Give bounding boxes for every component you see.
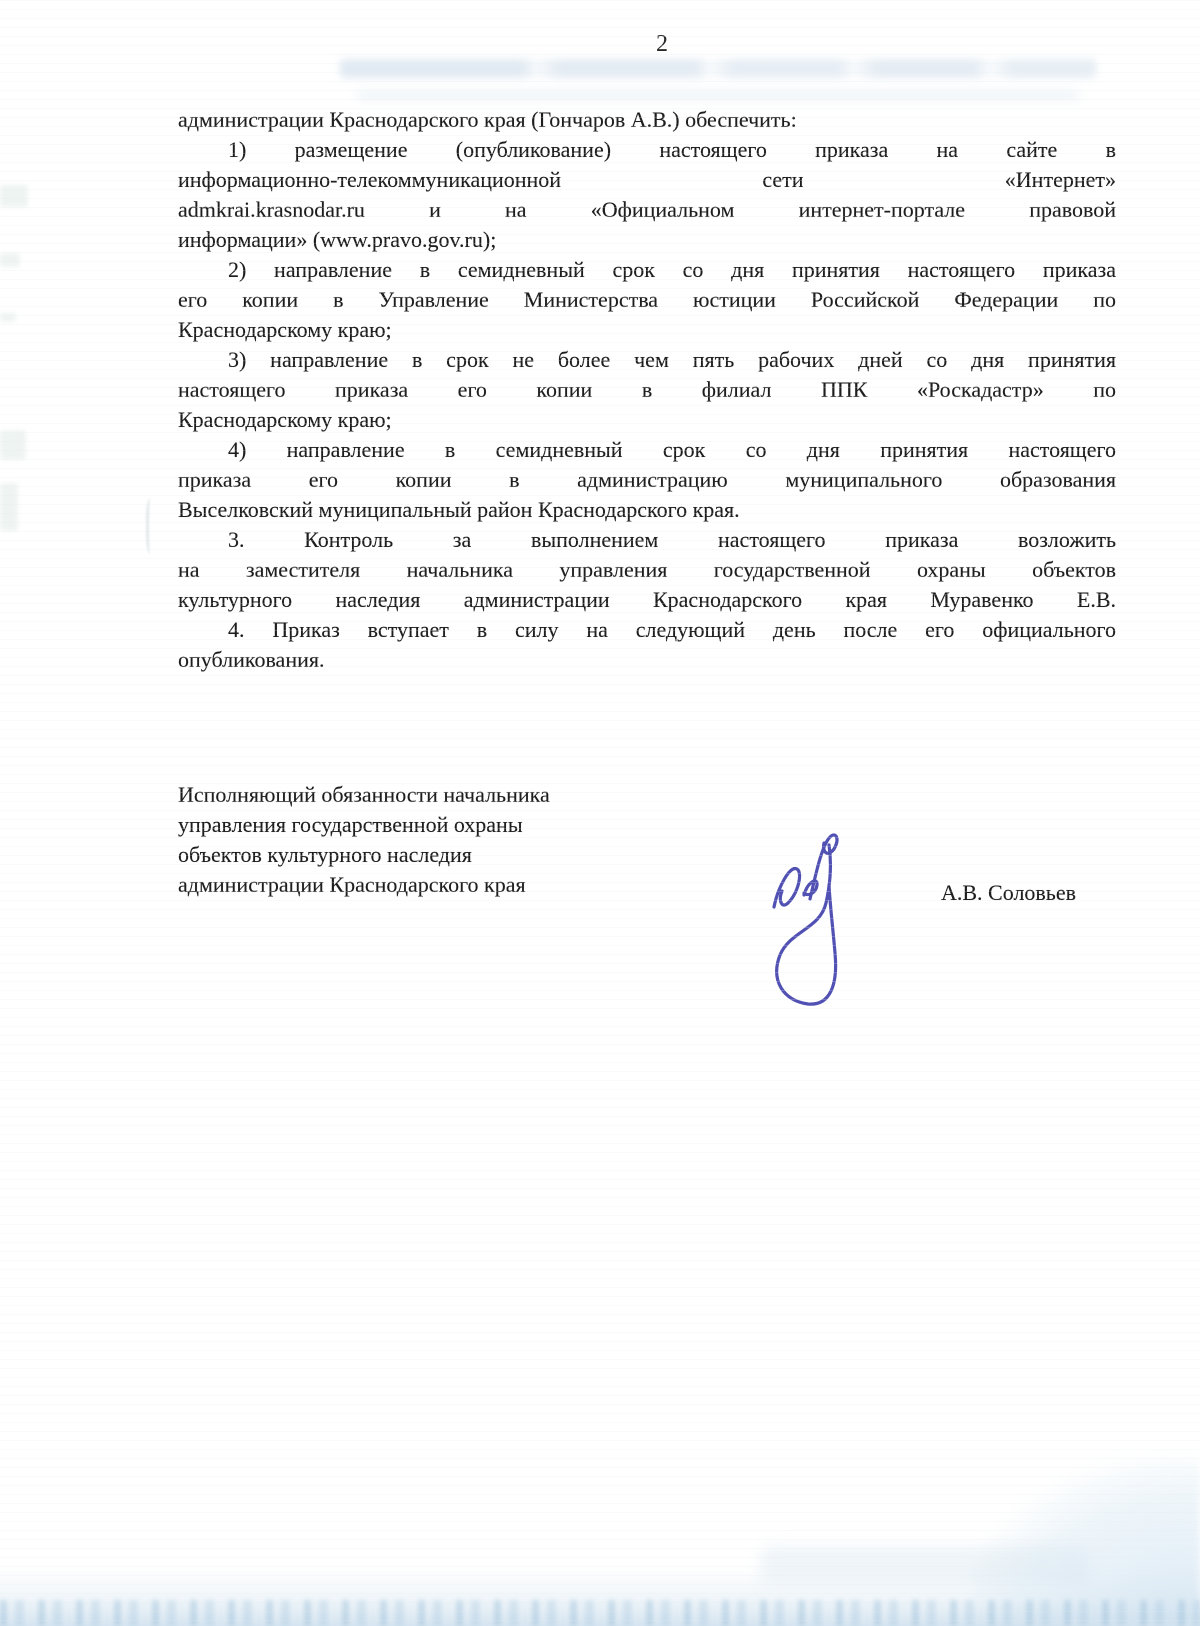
text-line: его копии в Управление Министерства юсти… — [178, 285, 1116, 315]
bleedthrough-streaks-bottom — [0, 1600, 1200, 1626]
scan-smudge — [0, 313, 16, 322]
signoff-line: управления государственной охраны — [178, 810, 738, 840]
signoff-title-block: Исполняющий обязанности начальника управ… — [178, 780, 738, 900]
scan-smudge — [0, 430, 26, 460]
text-line: информации» (www.pravo.gov.ru); — [178, 225, 1116, 255]
text-line: культурного наследия администрации Красн… — [178, 585, 1116, 615]
text-line: 1) размещение (опубликование) настоящего… — [178, 135, 1116, 165]
text-line: приказа его копии в администрацию муници… — [178, 465, 1116, 495]
page-number: 2 — [0, 30, 1200, 58]
scan-smudge — [0, 185, 28, 207]
signature-autograph — [760, 825, 860, 1010]
bleedthrough-band-top — [340, 59, 1096, 78]
scan-smudge — [0, 483, 18, 531]
signature-stroke — [774, 869, 800, 907]
signature-stroke — [777, 835, 837, 1004]
document-body: администрации Краснодарского края (Гонча… — [178, 105, 1116, 675]
text-line: Выселковский муниципальный район Краснод… — [178, 495, 1116, 525]
text-line: 2) направление в семидневный срок со дня… — [178, 255, 1116, 285]
text-line: 4) направление в семидневный срок со дня… — [178, 435, 1116, 465]
text-line: 4. Приказ вступает в силу на следующий д… — [178, 615, 1116, 645]
signatory-name: А.В. Соловьев — [941, 878, 1076, 908]
signoff-line: администрации Краснодарского края — [178, 870, 738, 900]
text-line: настоящего приказа его копии в филиал ПП… — [178, 375, 1116, 405]
text-line: Краснодарскому краю; — [178, 405, 1116, 435]
text-line: admkrai.krasnodar.ru и на «Официальном и… — [178, 195, 1116, 225]
text-line: информационно-телекоммуникационной сети … — [178, 165, 1116, 195]
bleedthrough-band-top-secondary — [356, 90, 1080, 101]
text-line: на заместителя начальника управления гос… — [178, 555, 1116, 585]
text-line: 3) направление в срок не более чем пять … — [178, 345, 1116, 375]
text-line: Краснодарскому краю; — [178, 315, 1116, 345]
document-page: 2 администрации Краснодарского края (Гон… — [0, 0, 1200, 1626]
scan-smudge — [0, 253, 20, 267]
signoff-line: объектов культурного наследия — [178, 840, 738, 870]
text-line: администрации Краснодарского края (Гонча… — [178, 105, 1116, 135]
paper-crease-mark — [146, 498, 154, 554]
text-line: опубликования. — [178, 645, 1116, 675]
signoff-line: Исполняющий обязанности начальника — [178, 780, 738, 810]
text-line: 3. Контроль за выполнением настоящего пр… — [178, 525, 1116, 555]
